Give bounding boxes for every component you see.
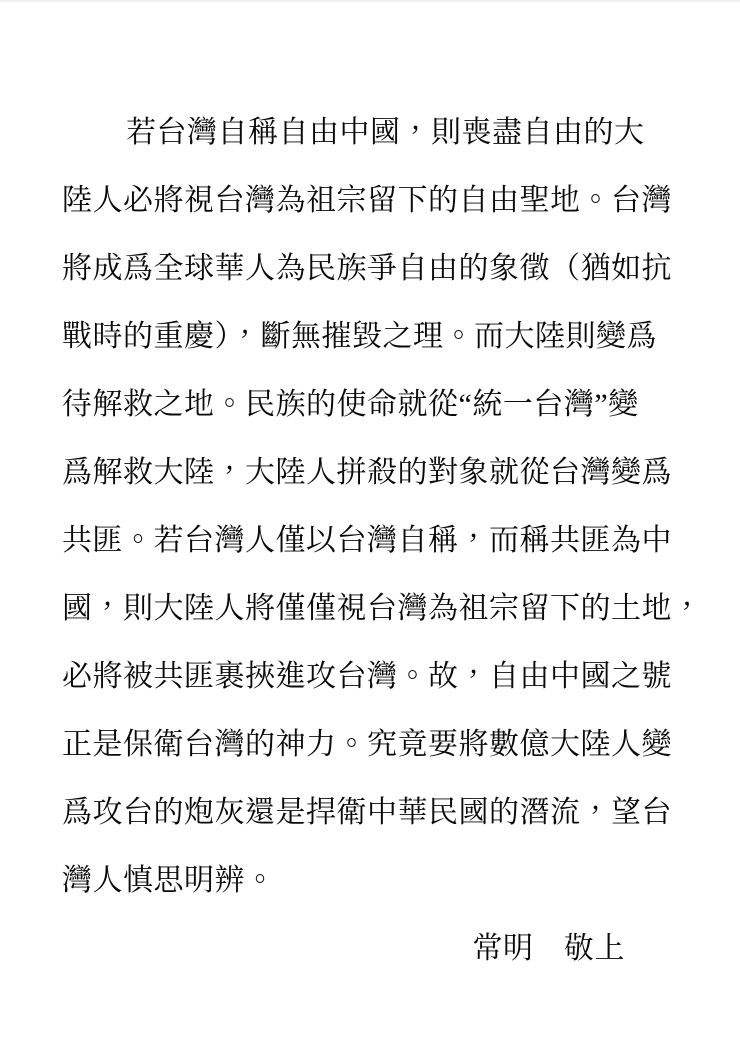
text-line: 爲攻台的炮灰還是捍衛中華民國的潛流，望台 (62, 779, 678, 847)
text-line: 陸人必將視台灣為祖宗留下的自由聖地。台灣 (62, 167, 678, 235)
text-line: 灣人慎思明辨。 (62, 847, 678, 915)
signature-line: 常明 敬上 (62, 915, 678, 983)
text-line: 爲解救大陸，大陸人拼殺的對象就從台灣變爲 (62, 439, 678, 507)
letter-body: 若台灣自稱自由中國，則喪盡自由的大 陸人必將視台灣為祖宗留下的自由聖地。台灣 將… (0, 0, 740, 983)
text-line: 正是保衛台灣的神力。究竟要將數億大陸人變 (62, 711, 678, 779)
text-line: 待解救之地。民族的使命就從“統一台灣”變 (62, 371, 678, 439)
document-page: 若台灣自稱自由中國，則喪盡自由的大 陸人必將視台灣為祖宗留下的自由聖地。台灣 將… (0, 0, 740, 1047)
text-line: 國，則大陸人將僅僅視台灣為祖宗留下的土地， (62, 575, 678, 643)
text-line: 將成爲全球華人為民族爭自由的象徵（猶如抗 (62, 235, 678, 303)
text-line: 戰時的重慶），斷無摧毀之理。而大陸則變爲 (62, 303, 678, 371)
page-top-edge (0, 0, 740, 2)
text-line: 必將被共匪裹挾進攻台灣。故，自由中國之號 (62, 643, 678, 711)
text-line: 共匪。若台灣人僅以台灣自稱，而稱共匪為中 (62, 507, 678, 575)
text-line: 若台灣自稱自由中國，則喪盡自由的大 (62, 99, 678, 167)
